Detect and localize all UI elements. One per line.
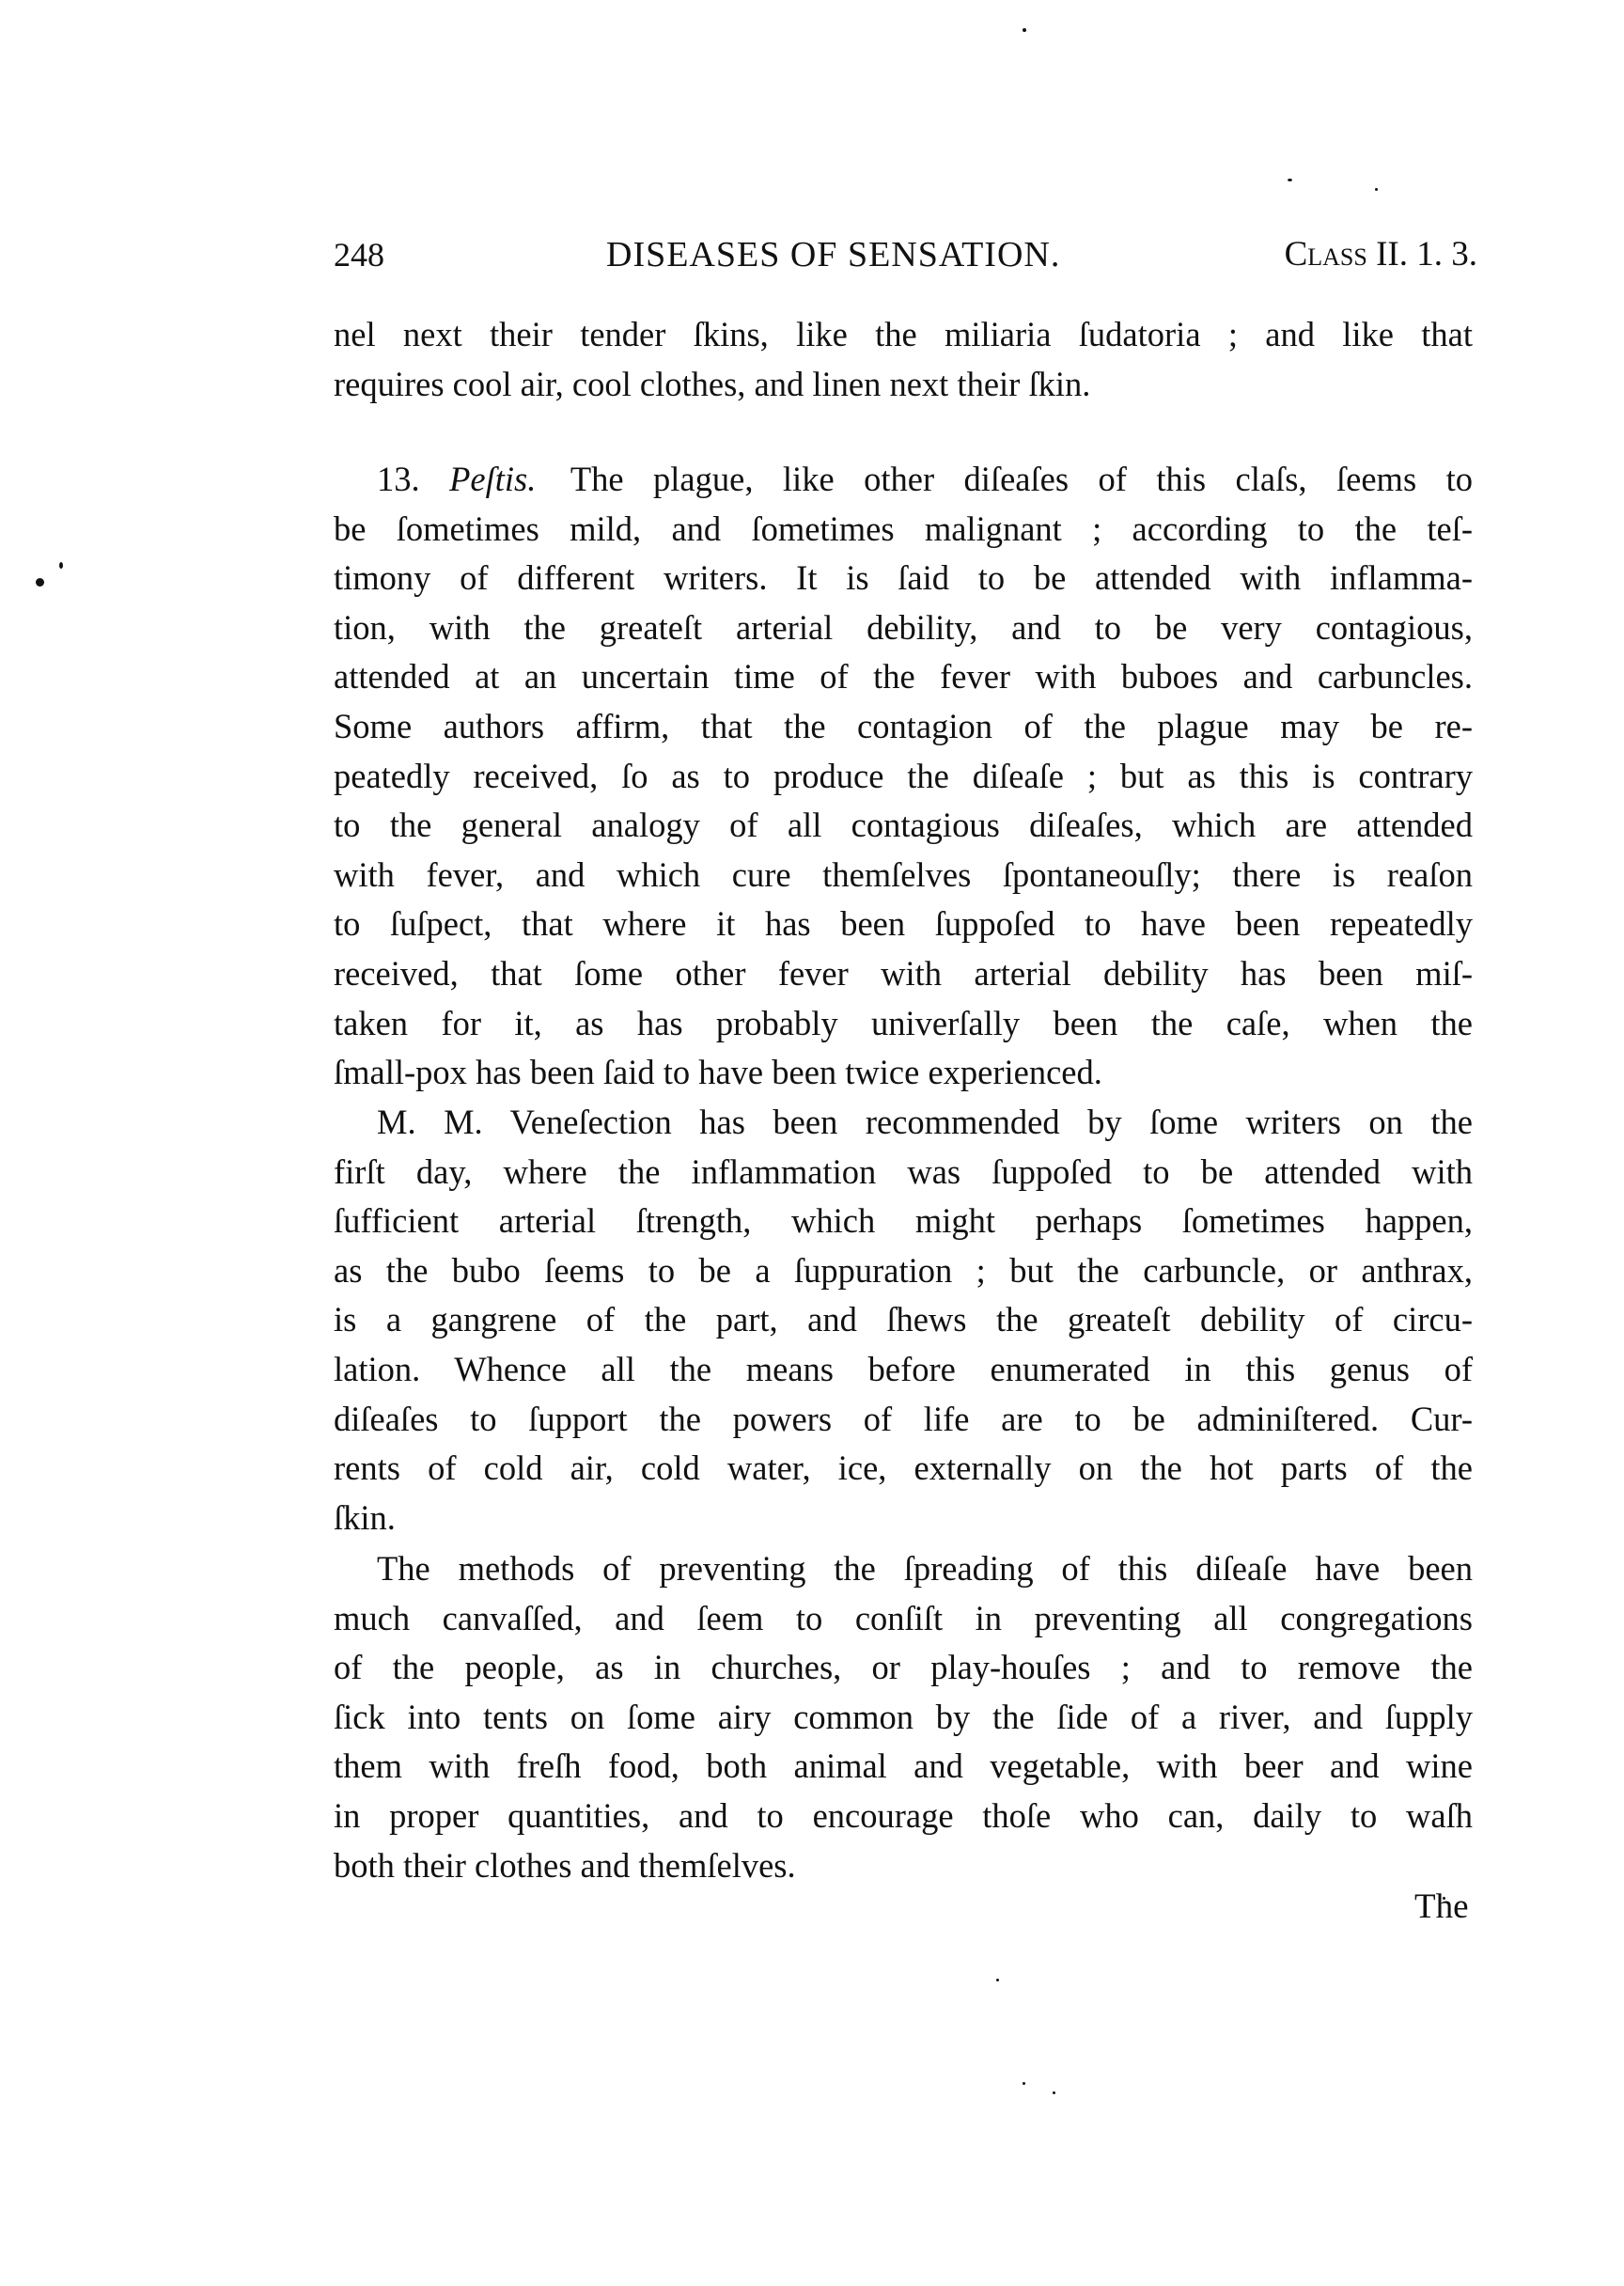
paragraph-continuation: nel next their tender ſkins, like the mi… xyxy=(334,310,1473,409)
class-number: II. 1. 3. xyxy=(1376,235,1477,274)
scan-speck xyxy=(59,562,63,569)
text-line: be ſometimes mild, and ſometimes maligna… xyxy=(334,505,1473,555)
book-page: 248 DISEASES OF SENSATION. Class II. 1. … xyxy=(0,0,1624,2286)
catchword: The xyxy=(1414,1886,1469,1929)
text-line: of the people, as in churches, or play-h… xyxy=(334,1643,1473,1693)
text-line: in proper quantities, and to encourage t… xyxy=(334,1792,1473,1841)
scan-speck xyxy=(1023,28,1026,32)
text-line: both their clothes and themſelves. xyxy=(334,1841,1473,1891)
text-line: to ſuſpect, that where it has been ſuppo… xyxy=(334,900,1473,949)
text-line: lation. Whence all the means before enum… xyxy=(334,1345,1473,1395)
scan-speck xyxy=(1053,2091,1055,2094)
text-line: as the bubo ſeems to be a ſuppuration ; … xyxy=(334,1246,1473,1296)
text-line: tion, with the greateſt arterial debilit… xyxy=(334,603,1473,653)
page-number: 248 xyxy=(334,233,384,276)
text-line: requires cool air, cool clothes, and lin… xyxy=(334,360,1473,410)
chapter-title: DISEASES OF SENSATION. xyxy=(606,233,1060,276)
text-line: The methods of preventing the ſpreading … xyxy=(334,1544,1473,1594)
text-line: timony of different writers. It is ſaid … xyxy=(334,554,1473,603)
scan-speck xyxy=(1288,179,1292,181)
scan-speck xyxy=(996,1979,999,1981)
section-term: Peſtis. xyxy=(449,460,536,498)
text-line: nel next their tender ſkins, like the mi… xyxy=(334,310,1473,360)
text-line: with fever, and which cure themſelves ſp… xyxy=(334,851,1473,900)
paragraph-pestis: 13. Peſtis. The plague, like other diſea… xyxy=(334,455,1473,1098)
scan-speck xyxy=(1443,1897,1445,1900)
text-line: Some authors affirm, that the contagion … xyxy=(334,702,1473,752)
text-line: them with freſh food, both animal and ve… xyxy=(334,1742,1473,1792)
scan-speck xyxy=(1375,188,1378,191)
scan-speck xyxy=(36,578,44,587)
section-number: 13. xyxy=(377,460,420,498)
section-first-line: The plague, like other diſeaſes of this … xyxy=(570,460,1473,498)
text-line: to the general analogy of all contagious… xyxy=(334,801,1473,851)
text-line: 13. Peſtis. The plague, like other diſea… xyxy=(334,455,1473,505)
text-line: peatedly received, ſo as to produce the … xyxy=(334,752,1473,802)
text-line: attended at an uncertain time of the fev… xyxy=(334,652,1473,702)
paragraph-prevention: The methods of preventing the ſpreading … xyxy=(334,1544,1473,1890)
running-head: 248 DISEASES OF SENSATION. Class II. 1. … xyxy=(334,233,1477,276)
text-line: ſkin. xyxy=(334,1494,1473,1543)
text-line: M. M. Veneſection has been recommended b… xyxy=(334,1098,1473,1148)
text-line: ſmall-pox has been ſaid to have been twi… xyxy=(334,1048,1473,1098)
text-line: ſick into tents on ſome airy common by t… xyxy=(334,1693,1473,1743)
scan-speck xyxy=(1023,2082,1025,2085)
text-line: diſeaſes to ſupport the powers of life a… xyxy=(334,1395,1473,1445)
text-line: taken for it, as has probably univerſall… xyxy=(334,999,1473,1049)
class-reference: Class II. 1. 3. xyxy=(1285,233,1477,276)
text-line: much canvaſſed, and ſeem to conſiſt in p… xyxy=(334,1594,1473,1644)
text-line: received, that ſome other fever with art… xyxy=(334,949,1473,999)
text-line: firſt day, where the inflammation was ſu… xyxy=(334,1148,1473,1198)
text-line: ſufficient arterial ſtrength, which migh… xyxy=(334,1197,1473,1246)
class-label: Class xyxy=(1285,235,1367,274)
text-line: is a gangrene of the part, and ſhews the… xyxy=(334,1295,1473,1345)
text-line: rents of cold air, cold water, ice, exte… xyxy=(334,1444,1473,1494)
paragraph-materia-medica: M. M. Veneſection has been recommended b… xyxy=(334,1098,1473,1542)
